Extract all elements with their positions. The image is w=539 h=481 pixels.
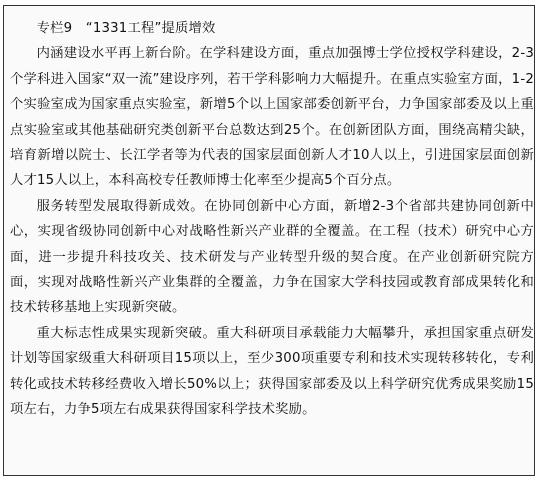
paragraph-connotation-construction: 内涵建设水平再上新台阶。在学科建设方面，重点加强博士学位授权学科建设，2-3个学… (10, 41, 534, 193)
column-box: 专栏9 “1331工程”提质增效 内涵建设水平再上新台阶。在学科建设方面，重点加… (3, 5, 535, 476)
paragraph-major-achievements: 重大标志性成果实现新突破。重大科研项目承载能力大幅攀升，承担国家重点研发计划等国… (10, 321, 534, 423)
column-content: 专栏9 “1331工程”提质增效 内涵建设水平再上新台阶。在学科建设方面，重点加… (10, 16, 534, 423)
paragraph-service-transformation: 服务转型发展取得新成效。在协同创新中心方面，新增2-3个省部共建协同创新中心，实… (10, 194, 534, 321)
column-title: 专栏9 “1331工程”提质增效 (10, 16, 534, 41)
